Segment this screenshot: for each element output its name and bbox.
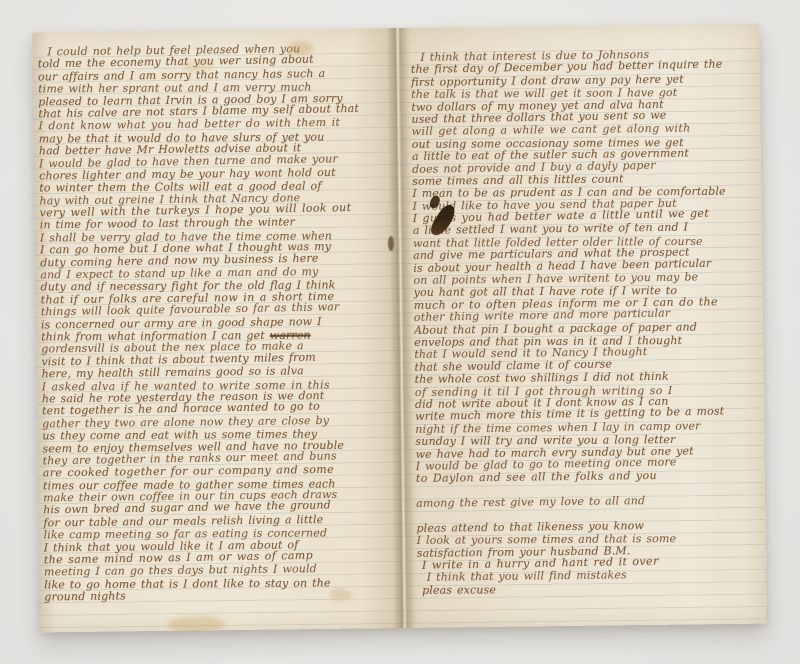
handwritten-line: may be that it would do to have slurs of…: [39, 131, 397, 146]
center-fold: [397, 28, 404, 628]
handwritten-line: pleas excuse: [417, 582, 765, 597]
handwritten-line: like to go home that is I dont like to s…: [44, 577, 402, 592]
handwritten-line: I asked alva if he wanted to write some …: [42, 378, 400, 393]
handwritten-line: of sending it til I got through writing …: [415, 384, 763, 399]
letter-spread: I could not help but feel pleased when y…: [32, 24, 766, 633]
paper-stain: [168, 616, 226, 632]
letter-photo: I could not help but feel pleased when y…: [0, 0, 800, 664]
handwritten-line: want that little folded letter older lit…: [413, 235, 761, 250]
handwritten-line: out using some occasionay some times we …: [412, 136, 760, 151]
handwritten-line: I shall be verry glad to have the time c…: [40, 230, 398, 245]
left-page-text: I could not help but feel pleased when y…: [38, 42, 403, 630]
handwritten-line: us they come and eat with us some times …: [42, 428, 400, 443]
letter-page-left: I could not help but feel pleased when y…: [32, 28, 404, 632]
letter-page-right: I think that interest is due to Johnsons…: [397, 24, 766, 628]
handwritten-line: sunday I will try and write you a long l…: [415, 433, 763, 448]
right-page-text: I think that interest is due to Johnsons…: [411, 48, 766, 626]
